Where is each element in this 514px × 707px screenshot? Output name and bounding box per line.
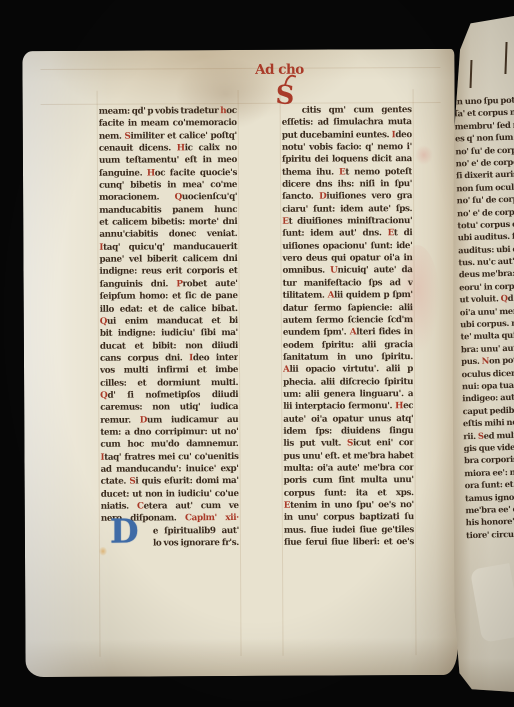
text-line: miora ee': neceſſari — [464, 464, 514, 479]
text-column-right: citis qm' cum genteseſſetis: ad ſimulach… — [282, 104, 414, 549]
text-line: mus. ſiue iudei ſiue ge'tiles — [284, 524, 414, 537]
text-line: Qd' ſi noſmetipſos diiudi — [100, 389, 238, 402]
text-line: ora ſunt: et que pu — [465, 477, 514, 492]
text-line: uum teſtamentu' eſt in meo — [99, 154, 237, 167]
text-line: cenauit dicens. Hic calix no — [99, 142, 237, 155]
text-line: remur. Dum iudicamur au — [100, 414, 238, 427]
text-line: autem ſermo ſciencie ſcd'm — [283, 314, 413, 327]
text-line: pus. Non pot' aut' — [461, 353, 514, 368]
text-line: ſa' et corpus no' e' — [454, 105, 514, 120]
text-line: uiſiones opacionu' ſunt: ide' — [282, 240, 412, 253]
text-line: facite in meam co'memoracio — [99, 117, 237, 130]
text-line: moracionem. Quocienſcu'q' eni' — [99, 191, 237, 204]
text-line: tamus ignobiliora — [465, 489, 514, 504]
text-line: bit indigne: iudiciu' ſibi ma' — [100, 327, 238, 340]
text-line: notu' vobis facio: q' nemo i' — [282, 141, 412, 154]
text-line: ſi dixerit auris: q'm — [456, 167, 514, 182]
text-line: Etenim in uno ſpu' oe's no' — [284, 499, 414, 512]
text-line: in unu' corpus baptizati ſu — [284, 511, 414, 524]
ascender-stroke — [504, 42, 507, 74]
ruling-line-horizontal — [40, 67, 440, 70]
text-line: manducabitis panem hunc — [99, 204, 237, 217]
text-line: rii. Sed multo ma — [463, 427, 514, 442]
text-line: cunq' bibetis in mea' co'me — [99, 179, 237, 192]
text-line: cilles: et dormiunt multi. — [100, 377, 238, 390]
text-line: caremus: non utiq' iudica — [100, 401, 238, 414]
text-line: citis qm' cum gentes — [282, 104, 412, 117]
text-line: ducet: ut non in iudiciu' co'ue — [101, 488, 239, 501]
text-line: Qui enim manducat et bi — [100, 315, 238, 328]
text-line: ctate. Si quis eſurit: domi ma' — [101, 475, 239, 488]
text-line: corpus ſunt: ita et xps. — [284, 487, 414, 500]
text-line: ſpiritu dei loquens dicit ana — [282, 153, 412, 166]
text-line: eundem ſpm'. Alteri fides in — [283, 326, 413, 339]
text-line: cum hoc mu'do damnemur. — [100, 438, 238, 451]
text-line: annu'ciabitis donec veniat. — [99, 228, 237, 241]
text-line: me'bra ee' corporis: — [465, 501, 514, 516]
text-line: nui: opa tua non — [462, 378, 514, 393]
text-line: ducat et bibit: non diiudi — [100, 340, 238, 353]
manuscript-photo: Ad cho meam: qd' p vobis tradetur hocfac… — [0, 0, 514, 707]
text-line: poris cum ſint multa unu' — [284, 474, 414, 487]
text-line: ſanitatum in uno ſpiritu. — [283, 351, 413, 364]
text-line: meam: qd' p vobis tradetur hoc — [99, 105, 237, 118]
text-line: indigeo: aut iteru' — [462, 390, 514, 405]
illuminated-initial-d: D — [110, 515, 139, 548]
text-line: datur ſermo ſapiencie: alii — [283, 302, 413, 315]
running-header: Ad cho — [244, 62, 314, 78]
text-line: no' ſu' de corpore: — [457, 192, 514, 207]
text-line: gis que vide'tur me' — [463, 440, 514, 455]
text-line: cans corpus dni. Ideo inter — [100, 352, 238, 365]
text-line: vero deus qui opatur oi'a in — [282, 252, 412, 265]
text-line: bra corporis infir — [464, 452, 514, 467]
text-line: ſeipſum homo: et ſic de pane — [100, 290, 238, 303]
ruling-line-vertical — [238, 90, 242, 656]
text-line: tem: a dno corripimur: ut no' — [100, 426, 238, 439]
text-line: idem ſps: diuidens ſingu — [283, 425, 413, 438]
text-line: eſtis mihi neceſſa — [463, 415, 514, 430]
text-line: es q' non ſum ma — [455, 130, 514, 145]
text-line: Alii opacio virtutu'. alii p — [283, 363, 413, 376]
text-line: pus unu' eſt. et me'bra habet — [283, 450, 413, 463]
ruling-line-vertical — [413, 89, 417, 655]
text-line: ſanguine. Hoc facite quocie's — [99, 167, 237, 180]
text-line: ubi auditus. ſi totu' — [458, 229, 514, 244]
text-line: Et diuiſiones miniſtracionu' — [282, 215, 412, 228]
text-line: his honore' abu'da — [466, 514, 514, 529]
facing-page-text-column: in uno ſpu potatiſa' et corpus no' e'mem… — [454, 93, 514, 542]
text-line: lii interptacio ſermonu'. Hec — [283, 400, 413, 413]
text-line: ſancto. Diuiſiones vero gra — [282, 191, 412, 204]
text-line: ciaru' ſunt: idem aute' ſps. — [282, 203, 412, 216]
text-line: ut voluit. Qd ſi eent — [459, 291, 514, 306]
rubricated-initial-s: S — [275, 82, 295, 109]
text-line: te' multa quide' me' — [460, 328, 514, 343]
text-line: aute' oi'a opatur unus atq' — [283, 413, 413, 426]
text-line: nem. Similiter et calice' poſtq' — [99, 130, 237, 143]
text-line: caput pedibus: no' — [462, 402, 514, 417]
text-line: Itaq' fratres mei cu' co'uenitis — [100, 451, 238, 464]
text-line: lis put vult. Sicut eni' cor — [283, 437, 413, 450]
text-line: omnibus. Unicuiq' aute' da — [282, 265, 412, 278]
text-line: ad manducandu': inuice' exp' — [101, 463, 239, 476]
text-line: tilitatem. Alii quidem p ſpm' — [283, 289, 413, 302]
text-line: dicere dns ihs: niſi in ſpu' — [282, 178, 412, 191]
ascender-stroke — [470, 60, 473, 88]
text-line: illo edat: et de calice bibat. — [100, 303, 238, 316]
text-line: ſunt: idem aut' dns. Et di — [282, 228, 412, 241]
text-line: um: alii genera linguaru'. a — [283, 388, 413, 401]
text-line: oculus dicere ma — [461, 365, 514, 380]
text-line: eodem ſpiritu: alii gracia — [283, 339, 413, 352]
text-line: et calicem bibetis: morte' dni — [99, 216, 237, 229]
text-line: ſanguinis dni. Probet aute' — [100, 278, 238, 291]
text-line: thema ihu. Et nemo poteſt — [282, 166, 412, 179]
text-line: put ducebamini euntes. Ideo — [282, 129, 412, 142]
text-line: eſſetis: ad ſimulachra muta — [282, 116, 412, 129]
text-line: ſiue ſerui ſiue liberi: et oe's — [284, 536, 414, 549]
text-line: pane' vel biberit calicem dni — [99, 253, 237, 266]
text-line: Itaq' quicu'q' manducauerit — [99, 241, 237, 254]
manuscript-left-page: Ad cho meam: qd' p vobis tradetur hocfac… — [22, 49, 457, 677]
text-column-left: meam: qd' p vobis tradetur hocfacite in … — [99, 105, 239, 550]
text-line: multa: oi'a aute' me'bra cor — [284, 462, 414, 475]
text-line: deus me'bra: unu'q'dq' — [459, 266, 514, 281]
text-line: tiore' circu'damus — [466, 526, 514, 541]
text-line: vos multi infirmi et imbe — [100, 364, 238, 377]
text-line: indigne: reus erit corporis et — [99, 265, 237, 278]
text-line: phecia. alii diſcrecio ſpiritu — [283, 376, 413, 389]
pink-stain-small — [415, 145, 433, 165]
text-line: tur manifeſtacio ſps ad v — [283, 277, 413, 290]
